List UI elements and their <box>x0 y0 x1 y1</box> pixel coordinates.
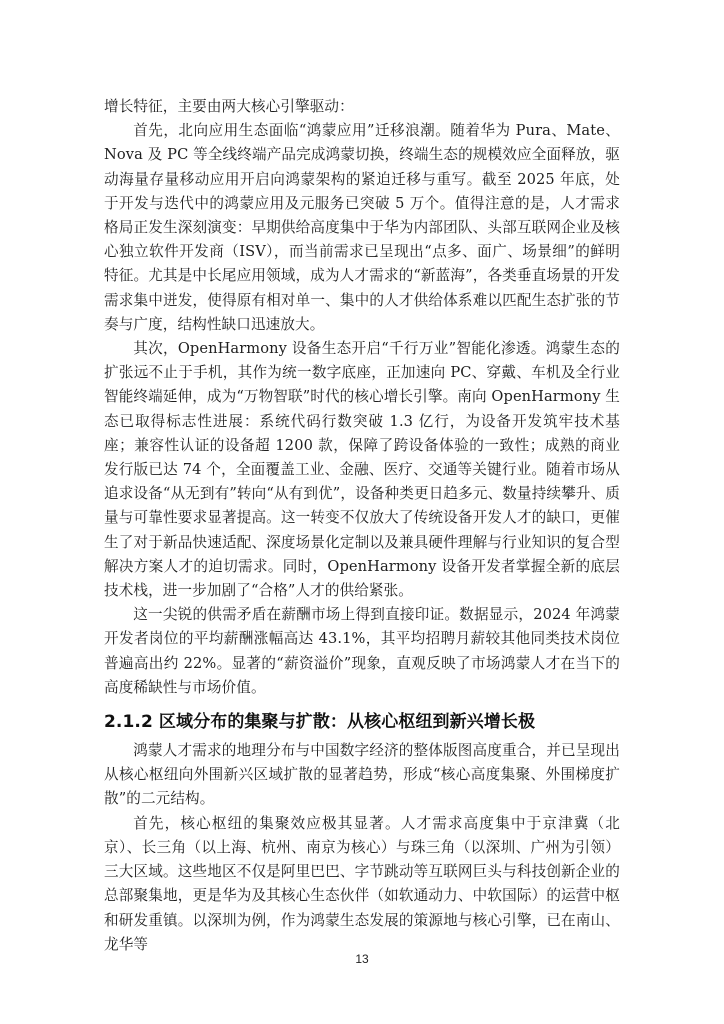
paragraph: 鸿蒙人才需求的地理分布与中国数字经济的整体版图高度重合，并已呈现出从核心枢纽向外… <box>104 739 620 812</box>
paragraph: 增长特征，主要由两大核心引擎驱动： <box>104 95 620 119</box>
page-number: 13 <box>0 952 724 966</box>
paragraph: 其次，OpenHarmony 设备生态开启“千行万业”智能化渗透。鸿蒙生态的扩张… <box>104 337 620 603</box>
section-heading: 2.1.2 区域分布的集聚与扩散：从核心枢纽到新兴增长极 <box>104 709 620 735</box>
paragraph: 这一尖锐的供需矛盾在薪酬市场上得到直接印证。数据显示，2024 年鸿蒙开发者岗位… <box>104 603 620 700</box>
document-page: 增长特征，主要由两大核心引擎驱动： 首先，北向应用生态面临“鸿蒙应用”迁移浪潮。… <box>0 0 724 1024</box>
paragraph: 首先，北向应用生态面临“鸿蒙应用”迁移浪潮。随着华为 Pura、Mate、Nov… <box>104 119 620 337</box>
page-body: 增长特征，主要由两大核心引擎驱动： 首先，北向应用生态面临“鸿蒙应用”迁移浪潮。… <box>104 95 620 957</box>
paragraph: 首先，核心枢纽的集聚效应极其显著。人才需求高度集中于京津冀（北京）、长三角（以上… <box>104 812 620 957</box>
